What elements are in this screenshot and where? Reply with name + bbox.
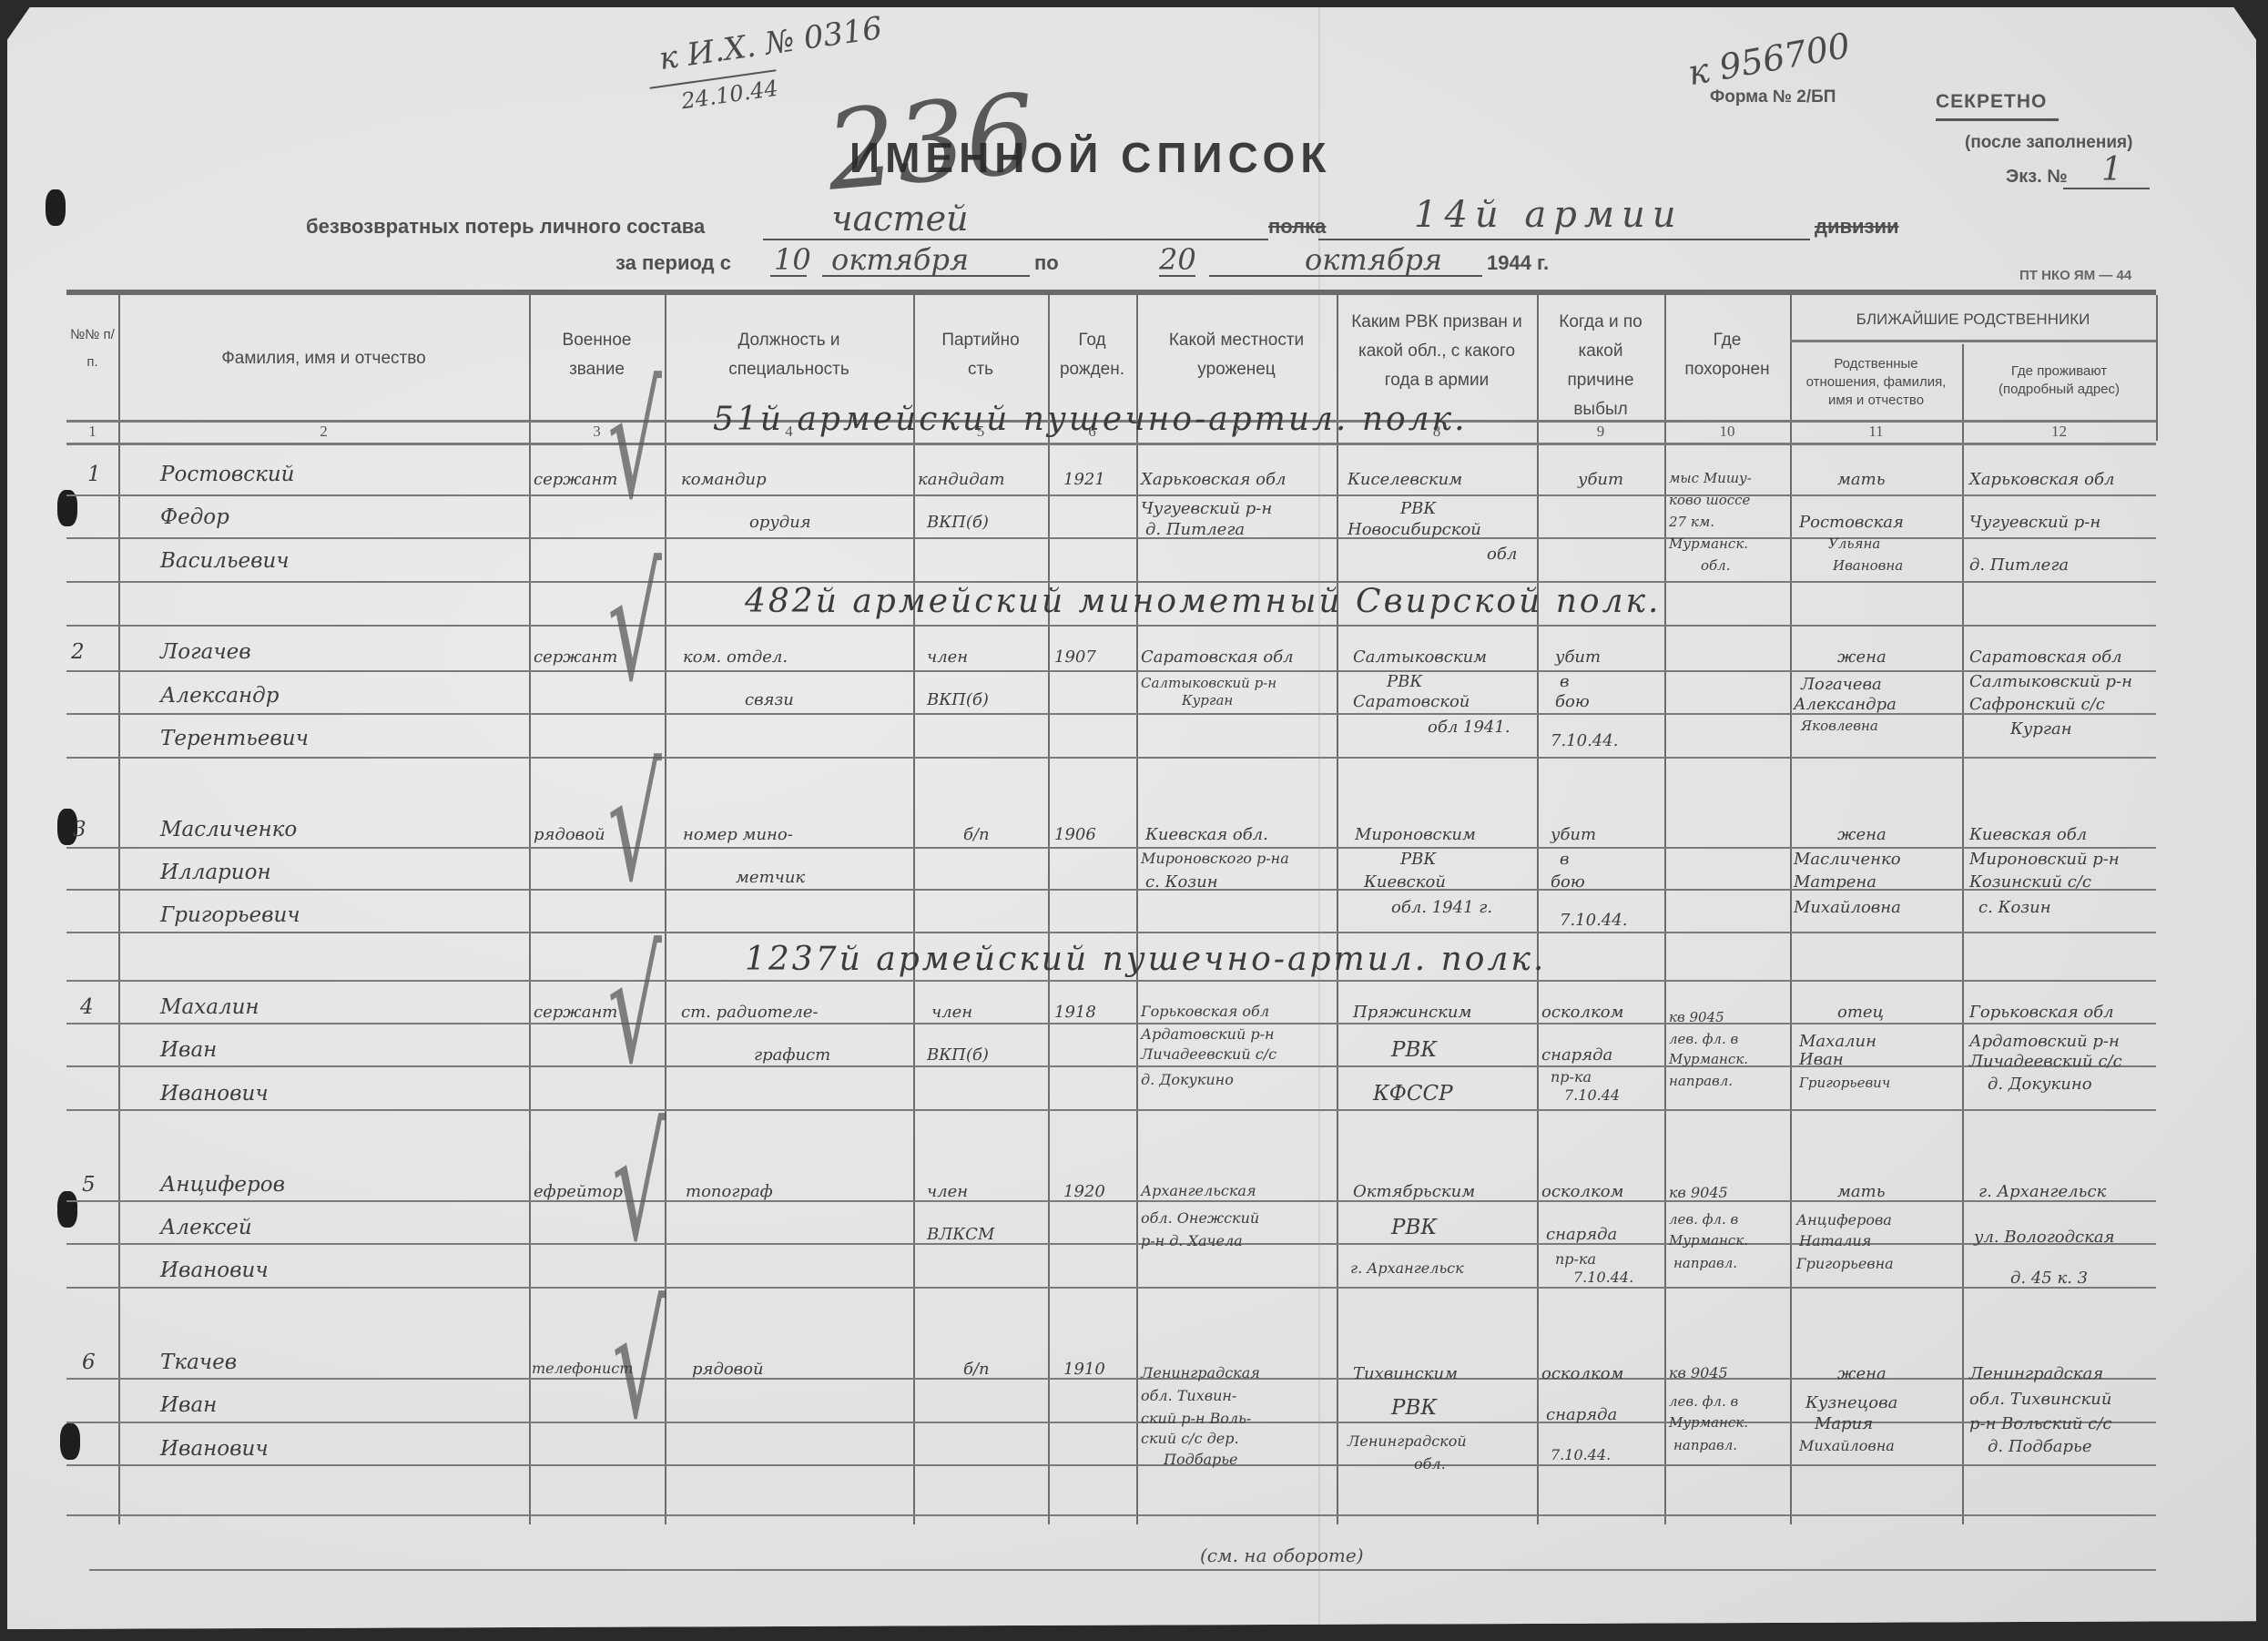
buried-line: направл. <box>1673 1255 1737 1271</box>
rvk-line: Октябрьским <box>1353 1182 1475 1201</box>
rvk-line: Салтыковским <box>1353 647 1487 667</box>
first-name: Иван <box>160 1038 217 1062</box>
buried-line: обл. <box>1701 557 1731 574</box>
relative-line: Григорьевна <box>1796 1255 1894 1272</box>
birth-year: 1920 <box>1063 1182 1105 1201</box>
first-name: Иван <box>160 1393 217 1417</box>
footer-rule <box>89 1569 2156 1571</box>
address-line: д. Подбарье <box>1988 1437 2092 1456</box>
buried-line: лев. фл. в <box>1669 1031 1738 1047</box>
birthplace-line: Мироновского р-на <box>1141 850 1289 867</box>
rvk-line: РВК <box>1391 1216 1437 1239</box>
address-line: Мироновский р-н <box>1969 850 2120 869</box>
address-line: с. Козин <box>1978 898 2051 917</box>
birth-year: 1907 <box>1054 647 1096 667</box>
surname: Масличенко <box>160 818 297 841</box>
unit-section-1237: 1237й армейский пушечно-артил. полк. <box>745 941 1546 978</box>
birthplace-line: д. Питлега <box>1145 520 1245 539</box>
relative-line: Ивановна <box>1833 557 1903 574</box>
unit-handwritten: частей <box>831 199 969 239</box>
header-relative: Родственные отношения, фамилия, имя и от… <box>1790 355 1962 410</box>
row-number: 4 <box>80 995 94 1019</box>
period-from-month: октября <box>831 242 969 277</box>
birthplace-line: Курган <box>1182 692 1233 708</box>
patronymic: Иванович <box>160 1259 269 1282</box>
address-line: Чугуевский р-н <box>1969 513 2100 532</box>
patronymic: Васильевич <box>160 549 290 573</box>
registry-note: к И.Х. № 0316 <box>656 10 884 77</box>
party: член <box>927 1182 968 1201</box>
address-line: обл. Тихвинский <box>1969 1390 2111 1409</box>
relative-line: Иван <box>1799 1050 1844 1069</box>
rvk-line: обл. 1941 г. <box>1391 898 1492 917</box>
column-number: 11 <box>1790 423 1962 441</box>
surname: Логачев <box>160 640 251 664</box>
reason-line: осколком <box>1541 1364 1623 1383</box>
rvk-line: Пряжинским <box>1353 1003 1471 1022</box>
buried-line: Мурманск. <box>1669 535 1748 552</box>
reason-line: осколком <box>1541 1182 1623 1201</box>
patronymic: Григорьевич <box>160 903 300 927</box>
relative-line: отец <box>1837 1003 1884 1022</box>
birthplace-line: ский с/с дер. <box>1141 1430 1239 1447</box>
reason-line: осколком <box>1541 1003 1623 1022</box>
buried-line: ково шоссе <box>1669 492 1750 508</box>
relative-line: Александра <box>1794 695 1897 714</box>
birthplace-line: Салтыковский р-н <box>1141 675 1276 691</box>
rvk-line: Киевской <box>1364 872 1446 892</box>
birthplace-line: Архангельская <box>1141 1182 1256 1199</box>
position-line: графист <box>754 1045 830 1065</box>
party: кандидат <box>918 470 1005 489</box>
birthplace-line: Личадеевский с/с <box>1141 1045 1276 1063</box>
rvk-line: Новосибирской <box>1348 520 1481 539</box>
rvk-line: Ленинградской <box>1348 1432 1467 1450</box>
rvk-line: Мироновским <box>1355 825 1476 844</box>
punch-hole <box>60 1423 80 1460</box>
relative-line: Яковлевна <box>1801 718 1878 734</box>
reason-line: бою <box>1551 872 1585 892</box>
position-line: метчик <box>736 868 805 887</box>
rvk-line: обл. <box>1414 1455 1446 1473</box>
position-line: топограф <box>686 1182 773 1201</box>
buried-line: Мурманск. <box>1669 1414 1748 1431</box>
check-mark-icon: √ <box>607 535 662 716</box>
reason-line: пр-ка <box>1551 1068 1592 1086</box>
address-line: Харьковская обл <box>1969 470 2114 489</box>
rank: ефрейтор <box>534 1182 623 1201</box>
buried-line: кв 9045 <box>1669 1009 1724 1025</box>
address-line: ул. Вологодская <box>1974 1228 2115 1247</box>
header-rvk: Каким РВК призван и какой обл., с какого… <box>1337 308 1537 395</box>
rvk-line: РВК <box>1391 1396 1437 1420</box>
rvk-line: РВК <box>1387 672 1422 691</box>
army-handwritten: 14й армии <box>1414 194 1683 236</box>
reason-line: пр-ка <box>1555 1250 1596 1268</box>
classification-underline <box>1936 118 2059 121</box>
birthplace-line: Саратовская обл <box>1141 647 1294 667</box>
rank: сержант <box>534 647 617 667</box>
relative-line: Кузнецова <box>1805 1393 1897 1412</box>
relative-line: Григорьевич <box>1799 1075 1890 1091</box>
column-number: 10 <box>1664 423 1790 441</box>
header-relatives-group: БЛИЖАЙШИЕ РОДСТВЕННИКИ <box>1790 305 2156 334</box>
reason-line: бою <box>1555 692 1590 711</box>
position-line: номер мино- <box>683 825 793 844</box>
relative-line: мать <box>1837 470 1886 489</box>
reason-line: убит <box>1578 470 1623 489</box>
rvk-line: РВК <box>1400 850 1436 869</box>
birth-year: 1918 <box>1054 1003 1096 1022</box>
rvk-line: КФССР <box>1373 1082 1453 1106</box>
surname: Махалин <box>160 995 259 1019</box>
party: член <box>931 1003 972 1022</box>
header-party: Партийность <box>913 326 1048 384</box>
position-line: ком. отдел. <box>683 647 788 667</box>
address-line: Сафронский с/с <box>1969 695 2105 714</box>
relative-line: Михайловна <box>1799 1437 1895 1454</box>
address-line: Горьковская обл <box>1969 1003 2114 1022</box>
header-num: №№ п/п. <box>66 321 118 376</box>
party: ВКП(б) <box>927 1045 989 1065</box>
birthplace-line: с. Козин <box>1145 872 1218 892</box>
patronymic: Терентьевич <box>160 727 309 750</box>
rank: сержант <box>534 470 617 489</box>
row-number: 5 <box>82 1173 96 1197</box>
table-top-border <box>66 290 2156 295</box>
document-sheet: к И.Х. № 0316 24.10.44 к 956700 Форма № … <box>7 7 2256 1637</box>
reason-line: 7.10.44. <box>1560 911 1627 930</box>
relative-line: жена <box>1837 1364 1887 1383</box>
printer-mark: ПТ НКО ЯМ — 44 <box>2019 268 2131 283</box>
army-fill-line <box>1318 239 1810 240</box>
header-address: Где проживают (подробный адрес) <box>1962 362 2156 399</box>
column-number: 9 <box>1537 423 1664 441</box>
relative-line: Наталия <box>1799 1232 1871 1249</box>
position-line: орудия <box>749 513 811 532</box>
position-line: ст. радиотеле- <box>681 1003 819 1022</box>
classification-label: СЕКРЕТНО <box>1936 91 2047 113</box>
party: б/п <box>963 1360 990 1379</box>
reason-line: 7.10.44 <box>1564 1086 1620 1104</box>
column-number: 1 <box>66 423 118 441</box>
surname: Анциферов <box>160 1173 285 1197</box>
party: ВЛКСМ <box>927 1225 994 1244</box>
row-number: 3 <box>73 818 86 841</box>
rvk-line: г. Архангельск <box>1350 1259 1464 1277</box>
relative-line: Ульяна <box>1828 535 1880 552</box>
reason-line: 7.10.44. <box>1551 731 1618 750</box>
buried-line: лев. фл. в <box>1669 1393 1738 1410</box>
first-name: Федор <box>160 505 229 529</box>
address-line: Личадеевский с/с <box>1969 1052 2122 1071</box>
relative-line: жена <box>1837 647 1887 667</box>
birthplace-line: Ленинградская <box>1141 1364 1260 1381</box>
check-mark-icon: √ <box>607 736 662 916</box>
relative-line: Анциферова <box>1796 1211 1892 1228</box>
address-line: Ленинградская <box>1969 1364 2103 1383</box>
reason-line: в <box>1560 850 1569 869</box>
rvk-line: РВК <box>1391 1038 1437 1062</box>
buried-line: лев. фл. в <box>1669 1211 1738 1228</box>
header-position: Должность и специальность <box>665 326 913 384</box>
period-prefix: за период с <box>615 251 731 275</box>
party: ВКП(б) <box>927 513 989 532</box>
birthplace-line: обл. Тихвин- <box>1141 1387 1236 1404</box>
surname: Ткачев <box>160 1351 237 1374</box>
unit-fill-line <box>763 239 1268 240</box>
rvk-line: Саратовской <box>1353 692 1470 711</box>
reason-line: убит <box>1555 647 1601 667</box>
birthplace-line: Харьковская обл <box>1141 470 1286 489</box>
address-line: Салтыковский р-н <box>1969 672 2132 691</box>
reason-line: в <box>1560 672 1569 691</box>
relative-line: Матрена <box>1794 872 1876 892</box>
header-birthplace: Какой местности уроженец <box>1136 326 1337 384</box>
birth-year: 1910 <box>1063 1360 1105 1379</box>
reason-line: снаряда <box>1541 1045 1612 1065</box>
birthplace-line: ский р-н Воль- <box>1141 1410 1251 1427</box>
buried-line: Мурманск. <box>1669 1051 1748 1067</box>
rvk-line: РВК <box>1400 499 1436 518</box>
party: член <box>927 647 968 667</box>
address-line: д. 45 к. 3 <box>2010 1269 2088 1288</box>
address-line: Ардатовский р-н <box>1969 1032 2120 1051</box>
check-mark-icon: √ <box>607 353 662 534</box>
form-label: Форма № 2/БП <box>1710 87 1836 107</box>
copy-label: Экз. № <box>2006 167 2068 188</box>
birth-year: 1921 <box>1063 470 1105 489</box>
rank: телефонист <box>532 1360 633 1377</box>
buried-line: мыс Мишу- <box>1669 470 1752 486</box>
buried-line: кв 9045 <box>1669 1184 1728 1201</box>
row-number: 6 <box>82 1351 96 1374</box>
address-line: г. Архангельск <box>1978 1182 2106 1201</box>
column-number: 12 <box>1962 423 2156 441</box>
regiment-label: полка <box>1268 215 1326 239</box>
birth-year: 1906 <box>1054 825 1096 844</box>
buried-line: направл. <box>1673 1437 1737 1453</box>
row-number: 2 <box>71 640 85 664</box>
relative-line: Михайловна <box>1794 898 1901 917</box>
birthplace-line: р-н д. Хачела <box>1141 1232 1243 1249</box>
rvk-line: обл <box>1487 545 1517 564</box>
first-name: Илларион <box>160 861 271 884</box>
division-label: дивизии <box>1815 215 1899 239</box>
reason-line: снаряда <box>1546 1405 1617 1424</box>
period-to-day: 20 <box>1159 242 1196 277</box>
column-number: 2 <box>118 423 529 441</box>
address-line: Курган <box>2010 719 2072 739</box>
address-line: Козинский с/с <box>1969 872 2091 892</box>
rvk-line: обл 1941. <box>1428 718 1510 737</box>
archive-note: к 956700 <box>1685 25 1854 94</box>
relative-line: Ростовская <box>1799 513 1904 532</box>
header-birth-year: Год рожден. <box>1048 326 1136 384</box>
buried-line: направл. <box>1669 1073 1733 1089</box>
address-line: Киевская обл <box>1969 825 2087 844</box>
position-line: командир <box>681 470 767 489</box>
birthplace-line: Ардатовский р-н <box>1141 1025 1275 1043</box>
reason-line: убит <box>1551 825 1596 844</box>
period-year: 1944 г. <box>1487 251 1549 275</box>
relative-line: Логачева <box>1801 675 1882 694</box>
first-name: Александр <box>160 684 279 708</box>
copy-number: 1 <box>2101 151 2122 189</box>
rvk-line: Тихвинским <box>1353 1364 1458 1383</box>
reason-line: 7.10.44. <box>1573 1269 1633 1286</box>
rank: сержант <box>534 1003 617 1022</box>
rvk-line: Киселевским <box>1348 470 1462 489</box>
position-line: связи <box>745 690 794 709</box>
position-line: рядовой <box>692 1360 764 1379</box>
period-to-label: по <box>1034 251 1059 275</box>
buried-line: 27 км. <box>1669 514 1714 530</box>
surname: Ростовский <box>160 463 295 486</box>
address-line: Саратовская обл <box>1969 647 2122 667</box>
address-line: р-н Вольский с/с <box>1969 1414 2111 1433</box>
footer-note: (см. на обороте) <box>1200 1544 1364 1566</box>
classification-note: (после заполнения) <box>1965 133 2132 153</box>
patronymic: Иванович <box>160 1437 269 1461</box>
header-reason: Когда и по какой причине выбыл <box>1537 308 1664 424</box>
buried-line: кв 9045 <box>1669 1364 1728 1381</box>
header-name: Фамилия, имя и отчество <box>118 344 529 373</box>
relative-line: Масличенко <box>1794 850 1901 869</box>
birthplace-line: Киевская обл. <box>1145 825 1268 844</box>
unit-section-51: 51й армейский пушечно-артил. полк. <box>713 401 1468 438</box>
reason-line: 7.10.44. <box>1551 1446 1611 1463</box>
unit-section-482: 482й армейский минометный Свирской полк. <box>745 583 1661 620</box>
subtitle-prefix: безвозвратных потерь личного состава <box>306 215 705 239</box>
party: ВКП(б) <box>927 690 989 709</box>
period-to-month: октября <box>1305 242 1442 277</box>
relative-line: жена <box>1837 825 1887 844</box>
header-buried: Где похоронен <box>1664 326 1790 384</box>
birthplace-line: Подбарье <box>1164 1451 1237 1468</box>
first-name: Алексей <box>160 1216 252 1239</box>
relative-line: Мария <box>1815 1414 1873 1433</box>
row-number: 1 <box>87 463 101 486</box>
birthplace-line: обл. Онежский <box>1141 1209 1259 1227</box>
birthplace-line: Чугуевский р-н <box>1141 499 1272 518</box>
punch-hole <box>57 1191 77 1228</box>
relative-line: мать <box>1837 1182 1886 1201</box>
address-line: д. Докукино <box>1988 1075 2092 1094</box>
rank: рядовой <box>534 825 605 844</box>
birthplace-line: Горьковская обл <box>1141 1003 1269 1020</box>
stamped-number: 236 <box>821 71 1040 215</box>
period-from-day: 10 <box>774 242 811 277</box>
party: б/п <box>963 825 990 844</box>
reason-line: снаряда <box>1546 1225 1617 1244</box>
patronymic: Иванович <box>160 1082 269 1106</box>
punch-hole <box>46 189 66 226</box>
relative-line: Махалин <box>1799 1032 1876 1051</box>
buried-line: Мурманск. <box>1669 1232 1748 1249</box>
birthplace-line: д. Докукино <box>1141 1071 1234 1088</box>
address-line: д. Питлега <box>1969 555 2069 575</box>
